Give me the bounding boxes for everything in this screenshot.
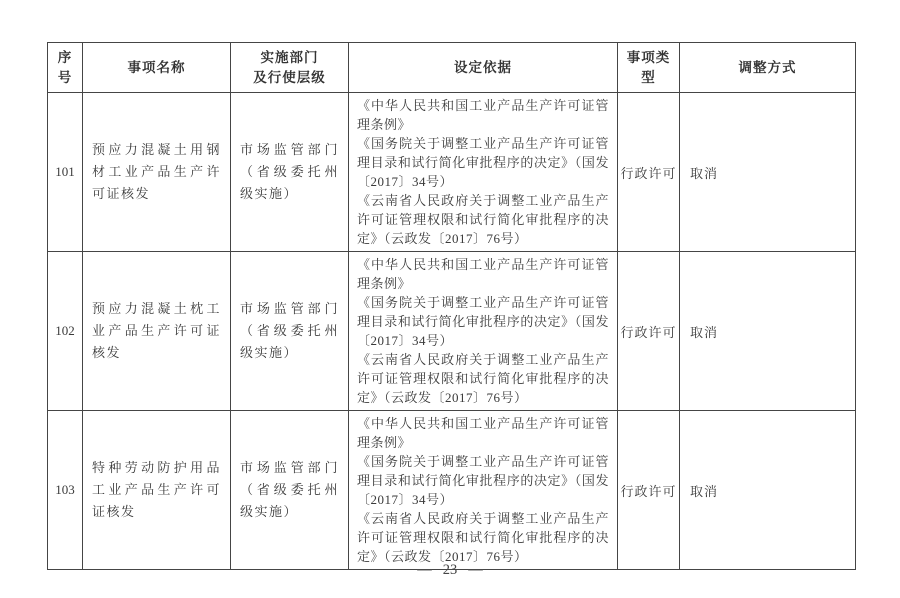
table-row-103: 103 特种劳动防护用品工业产品生产许可证核发 市场监管部门（省级委托州级实施）… xyxy=(48,411,856,570)
footer-dash-left: — xyxy=(417,562,432,578)
table-row-102: 102 预应力混凝土枕工业产品生产许可证核发 市场监管部门（省级委托州级实施） … xyxy=(48,252,856,411)
row-number: 103 xyxy=(48,411,83,570)
adjustment-method: 取消 xyxy=(680,411,856,570)
legal-basis: 《中华人民共和国工业产品生产许可证管理条例》 《国务院关于调整工业产品生产许可证… xyxy=(349,411,618,570)
legal-basis-item: 《国务院关于调整工业产品生产许可证管理目录和试行简化审批程序的决定》（国发〔20… xyxy=(357,452,609,509)
header-col-adjust: 调整方式 xyxy=(680,43,856,93)
item-type: 行政许可 xyxy=(618,411,680,570)
document-page: 序 号 事项名称 实施部门 及行使层级 设定依据 事项类型 调整方式 101 预… xyxy=(0,0,900,598)
header-col-name: 事项名称 xyxy=(83,43,231,93)
header-col-type: 事项类型 xyxy=(618,43,680,93)
adjustment-method: 取消 xyxy=(680,93,856,252)
table-row-101: 101 预应力混凝土用钢材工业产品生产许可证核发 市场监管部门（省级委托州级实施… xyxy=(48,93,856,252)
legal-basis-item: 《中华人民共和国工业产品生产许可证管理条例》 xyxy=(357,96,609,134)
header-col-dept: 实施部门 及行使层级 xyxy=(231,43,349,93)
item-name: 特种劳动防护用品工业产品生产许可证核发 xyxy=(83,411,231,570)
legal-basis-item: 《云南省人民政府关于调整工业产品生产许可证管理权限和试行简化审批程序的决定》（云… xyxy=(357,191,609,248)
legal-basis-item: 《国务院关于调整工业产品生产许可证管理目录和试行简化审批程序的决定》（国发〔20… xyxy=(357,134,609,191)
footer-dash-right: — xyxy=(468,562,483,578)
legal-basis-item: 《云南省人民政府关于调整工业产品生产许可证管理权限和试行简化审批程序的决定》（云… xyxy=(357,350,609,407)
row-number: 101 xyxy=(48,93,83,252)
approval-items-table: 序 号 事项名称 实施部门 及行使层级 设定依据 事项类型 调整方式 101 预… xyxy=(47,42,856,570)
implementing-department: 市场监管部门（省级委托州级实施） xyxy=(231,252,349,411)
legal-basis-item: 《云南省人民政府关于调整工业产品生产许可证管理权限和试行简化审批程序的决定》（云… xyxy=(357,509,609,566)
adjustment-method: 取消 xyxy=(680,252,856,411)
legal-basis-item: 《中华人民共和国工业产品生产许可证管理条例》 xyxy=(357,414,609,452)
legal-basis: 《中华人民共和国工业产品生产许可证管理条例》 《国务院关于调整工业产品生产许可证… xyxy=(349,93,618,252)
implementing-department: 市场监管部门（省级委托州级实施） xyxy=(231,411,349,570)
legal-basis: 《中华人民共和国工业产品生产许可证管理条例》 《国务院关于调整工业产品生产许可证… xyxy=(349,252,618,411)
page-number: 23 xyxy=(443,562,458,578)
item-name: 预应力混凝土枕工业产品生产许可证核发 xyxy=(83,252,231,411)
table-header-row: 序 号 事项名称 实施部门 及行使层级 设定依据 事项类型 调整方式 xyxy=(48,43,856,93)
row-number: 102 xyxy=(48,252,83,411)
header-col-basis: 设定依据 xyxy=(349,43,618,93)
item-type: 行政许可 xyxy=(618,93,680,252)
legal-basis-item: 《国务院关于调整工业产品生产许可证管理目录和试行简化审批程序的决定》（国发〔20… xyxy=(357,293,609,350)
implementing-department: 市场监管部门（省级委托州级实施） xyxy=(231,93,349,252)
page-footer: —23— xyxy=(0,562,900,579)
item-type: 行政许可 xyxy=(618,252,680,411)
item-name: 预应力混凝土用钢材工业产品生产许可证核发 xyxy=(83,93,231,252)
header-col-no: 序 号 xyxy=(48,43,83,93)
legal-basis-item: 《中华人民共和国工业产品生产许可证管理条例》 xyxy=(357,255,609,293)
